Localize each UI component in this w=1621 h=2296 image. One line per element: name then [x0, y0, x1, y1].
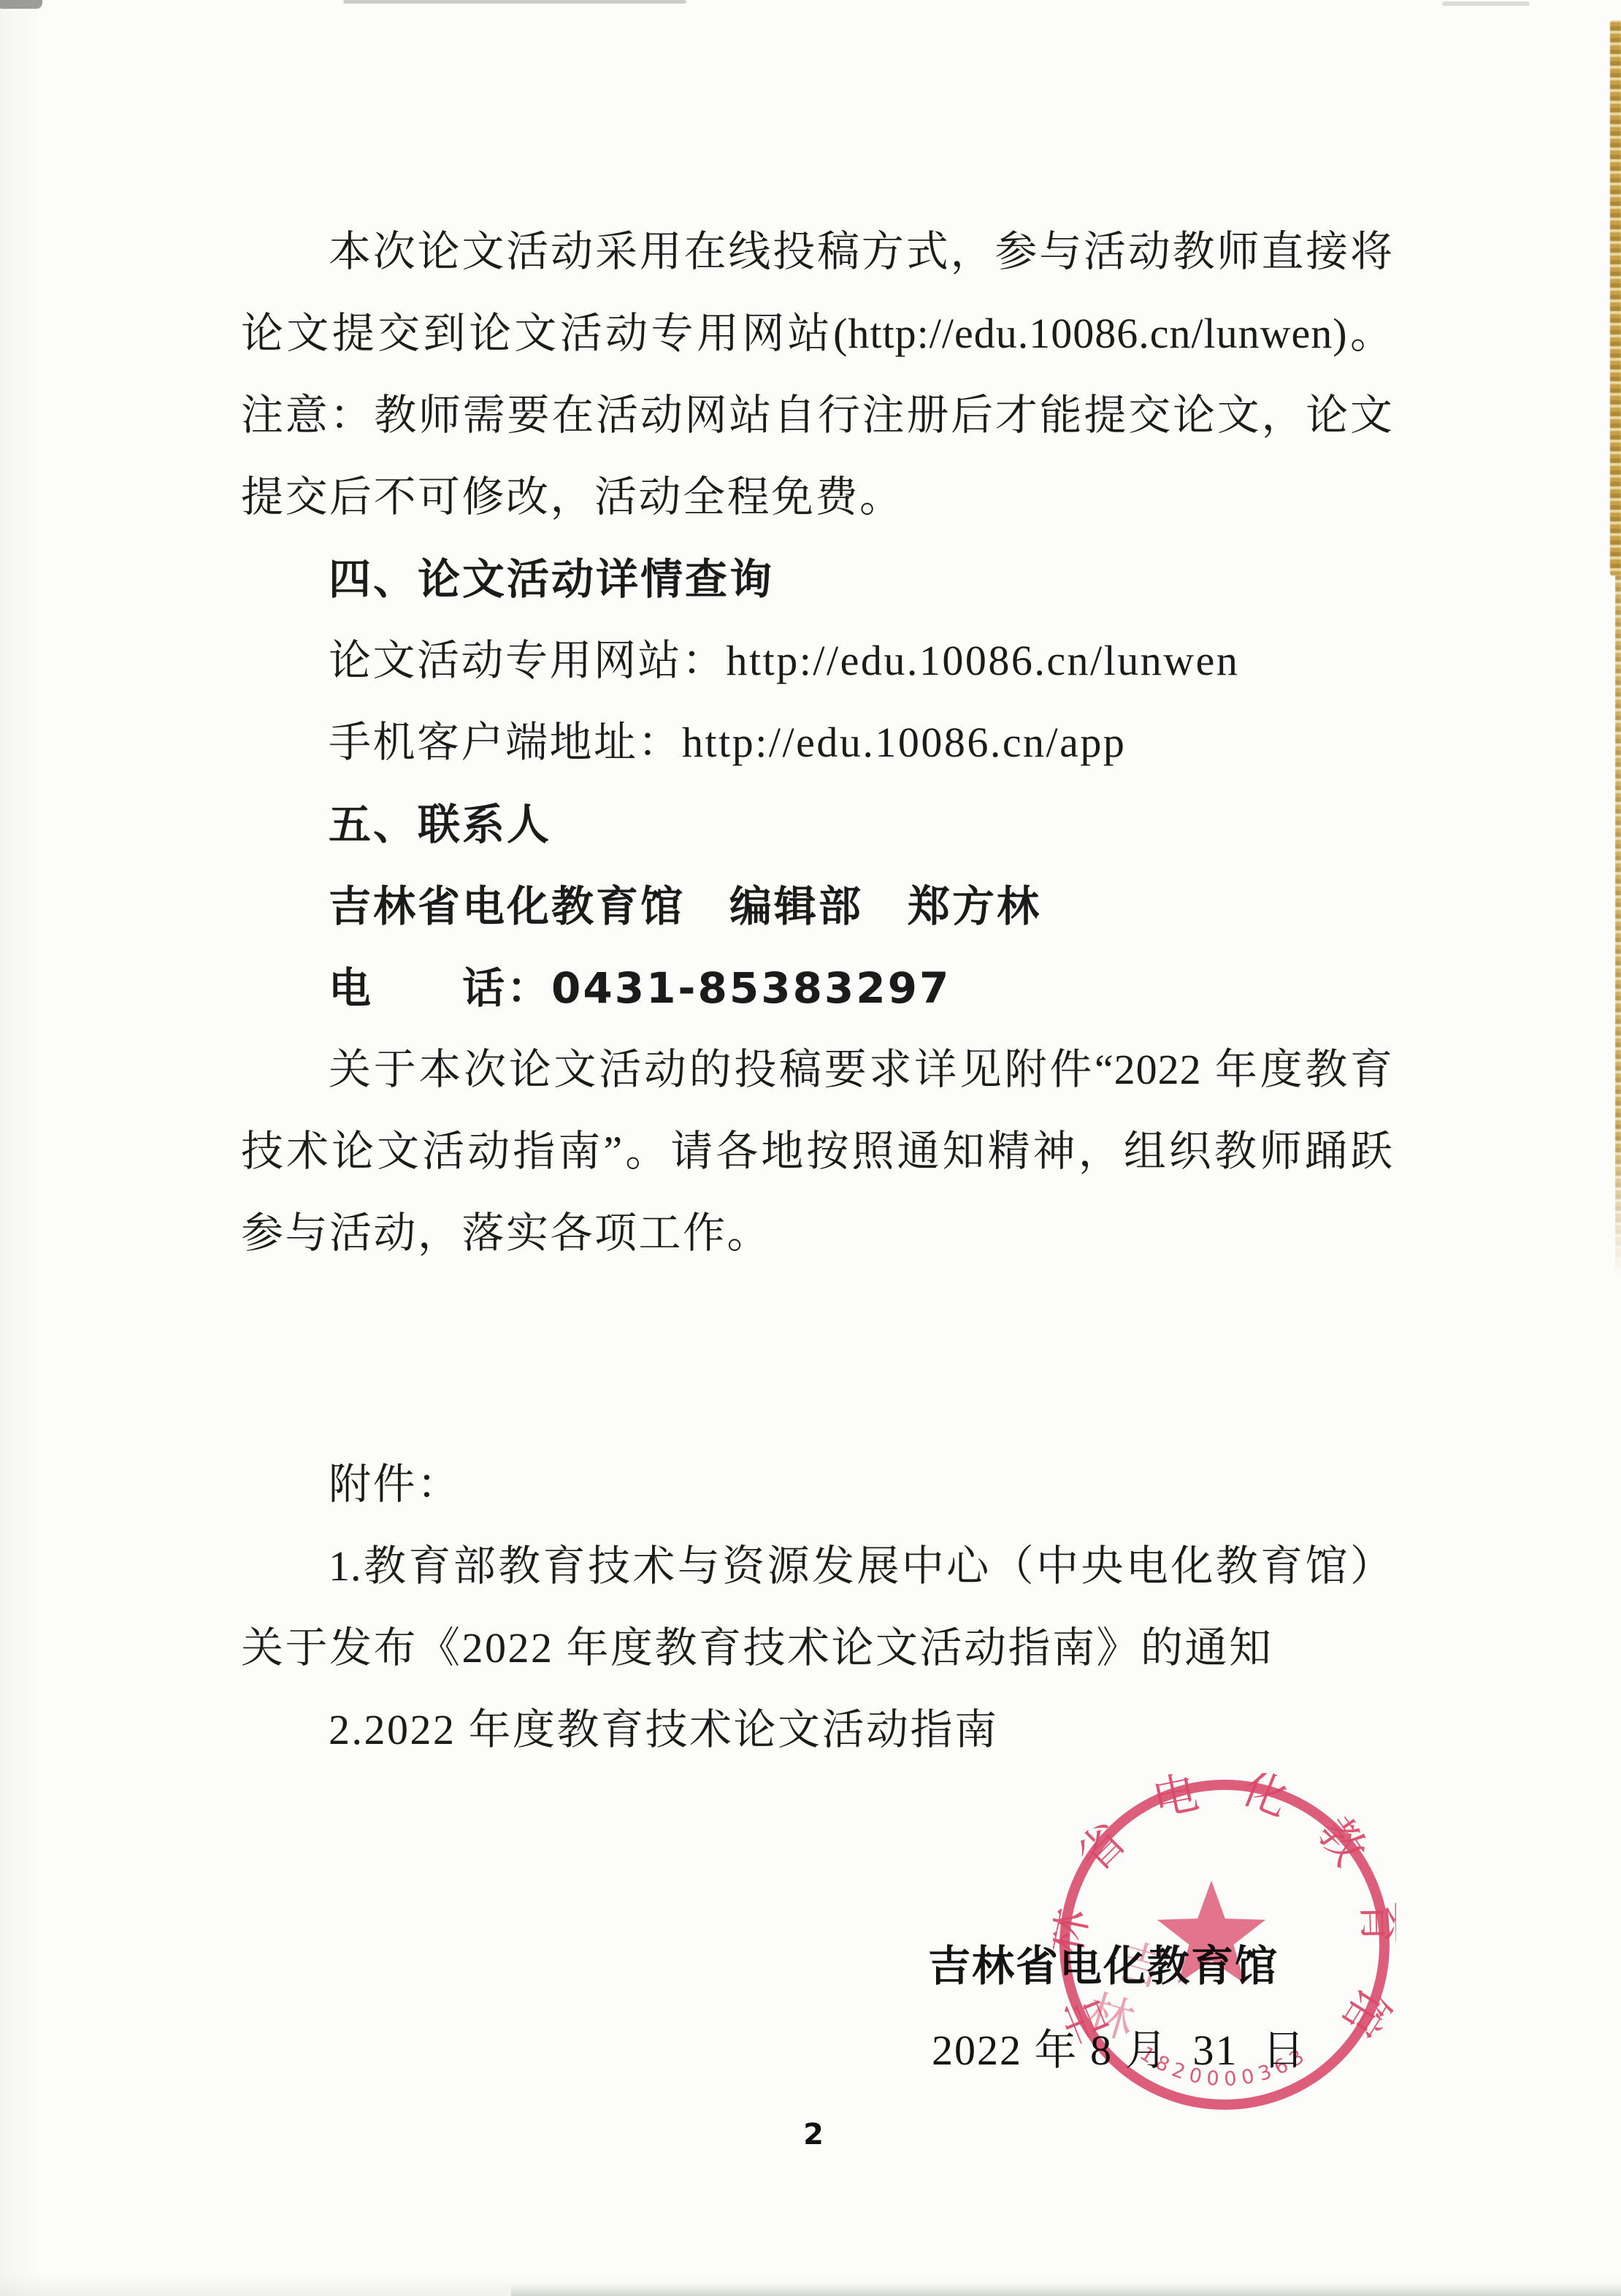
- scan-artifact-top-left: [0, 0, 42, 9]
- seal-code: 1820000363: [1136, 2042, 1314, 2091]
- gilded-page-edge-lower: [1615, 575, 1621, 1277]
- attachment-line: 1.教育部教育技术与资源发展中心（中央电化教育馆）: [241, 1542, 1393, 1591]
- scan-artifact-bottom-edge: [511, 2284, 1621, 2296]
- svg-text:吉: 吉: [1111, 1934, 1170, 1997]
- body-line: 五、联系人: [241, 800, 1393, 849]
- body-line: 提交后不可修改，活动全程免费。: [241, 473, 1393, 521]
- seal-double-stamp-ghost: 吉 林: [1081, 1930, 1170, 2053]
- body-line: 技术论文活动指南”。请各地按照通知精神，组织教师踊跃: [241, 1128, 1393, 1176]
- scanned-document-page: 本次论文活动采用在线投稿方式，参与活动教师直接将论文提交到论文活动专用网站(ht…: [0, 0, 1621, 2296]
- seal-star-icon: [1157, 1880, 1265, 1983]
- body-line: 手机客户端地址：http://edu.10086.cn/app: [241, 719, 1393, 767]
- body-line: 论文提交到论文活动专用网站(http://edu.10086.cn/lunwen…: [241, 310, 1393, 358]
- scan-artifact-top-middle: [343, 0, 686, 4]
- body-line: 注意：教师需要在活动网站自行注册后才能提交论文，论文: [241, 391, 1393, 440]
- body-line: 四、论文活动详情查询: [241, 555, 1393, 603]
- body-line: 参与活动，落实各项工作。: [241, 1209, 1393, 1258]
- body-line: 吉林省电化教育馆 编辑部 郑方林: [241, 882, 1393, 930]
- body-line: 关于本次论文活动的投稿要求详见附件“2022 年度教育: [241, 1046, 1393, 1094]
- scan-artifact-top-right: [1442, 1, 1530, 6]
- body-line: 论文活动专用网站：http://edu.10086.cn/lunwen: [241, 637, 1393, 685]
- attachment-line: 2.2022 年度教育技术论文活动指南: [241, 1706, 1393, 1754]
- gilded-page-edge-upper: [1610, 20, 1621, 575]
- svg-text:1820000363: 1820000363: [1136, 2042, 1314, 2091]
- official-seal: 吉林省电化教育馆 1820000363 吉 林: [1053, 1773, 1396, 2116]
- body-line: 电 话：0431-85383297: [241, 964, 1393, 1012]
- attachment-line: 附件：: [241, 1461, 1393, 1509]
- page-number: 2: [796, 2118, 831, 2151]
- body-line: 本次论文活动采用在线投稿方式，参与活动教师直接将: [241, 228, 1393, 276]
- attachment-line: 关于发布《2022 年度教育技术论文活动指南》的通知: [241, 1624, 1393, 1672]
